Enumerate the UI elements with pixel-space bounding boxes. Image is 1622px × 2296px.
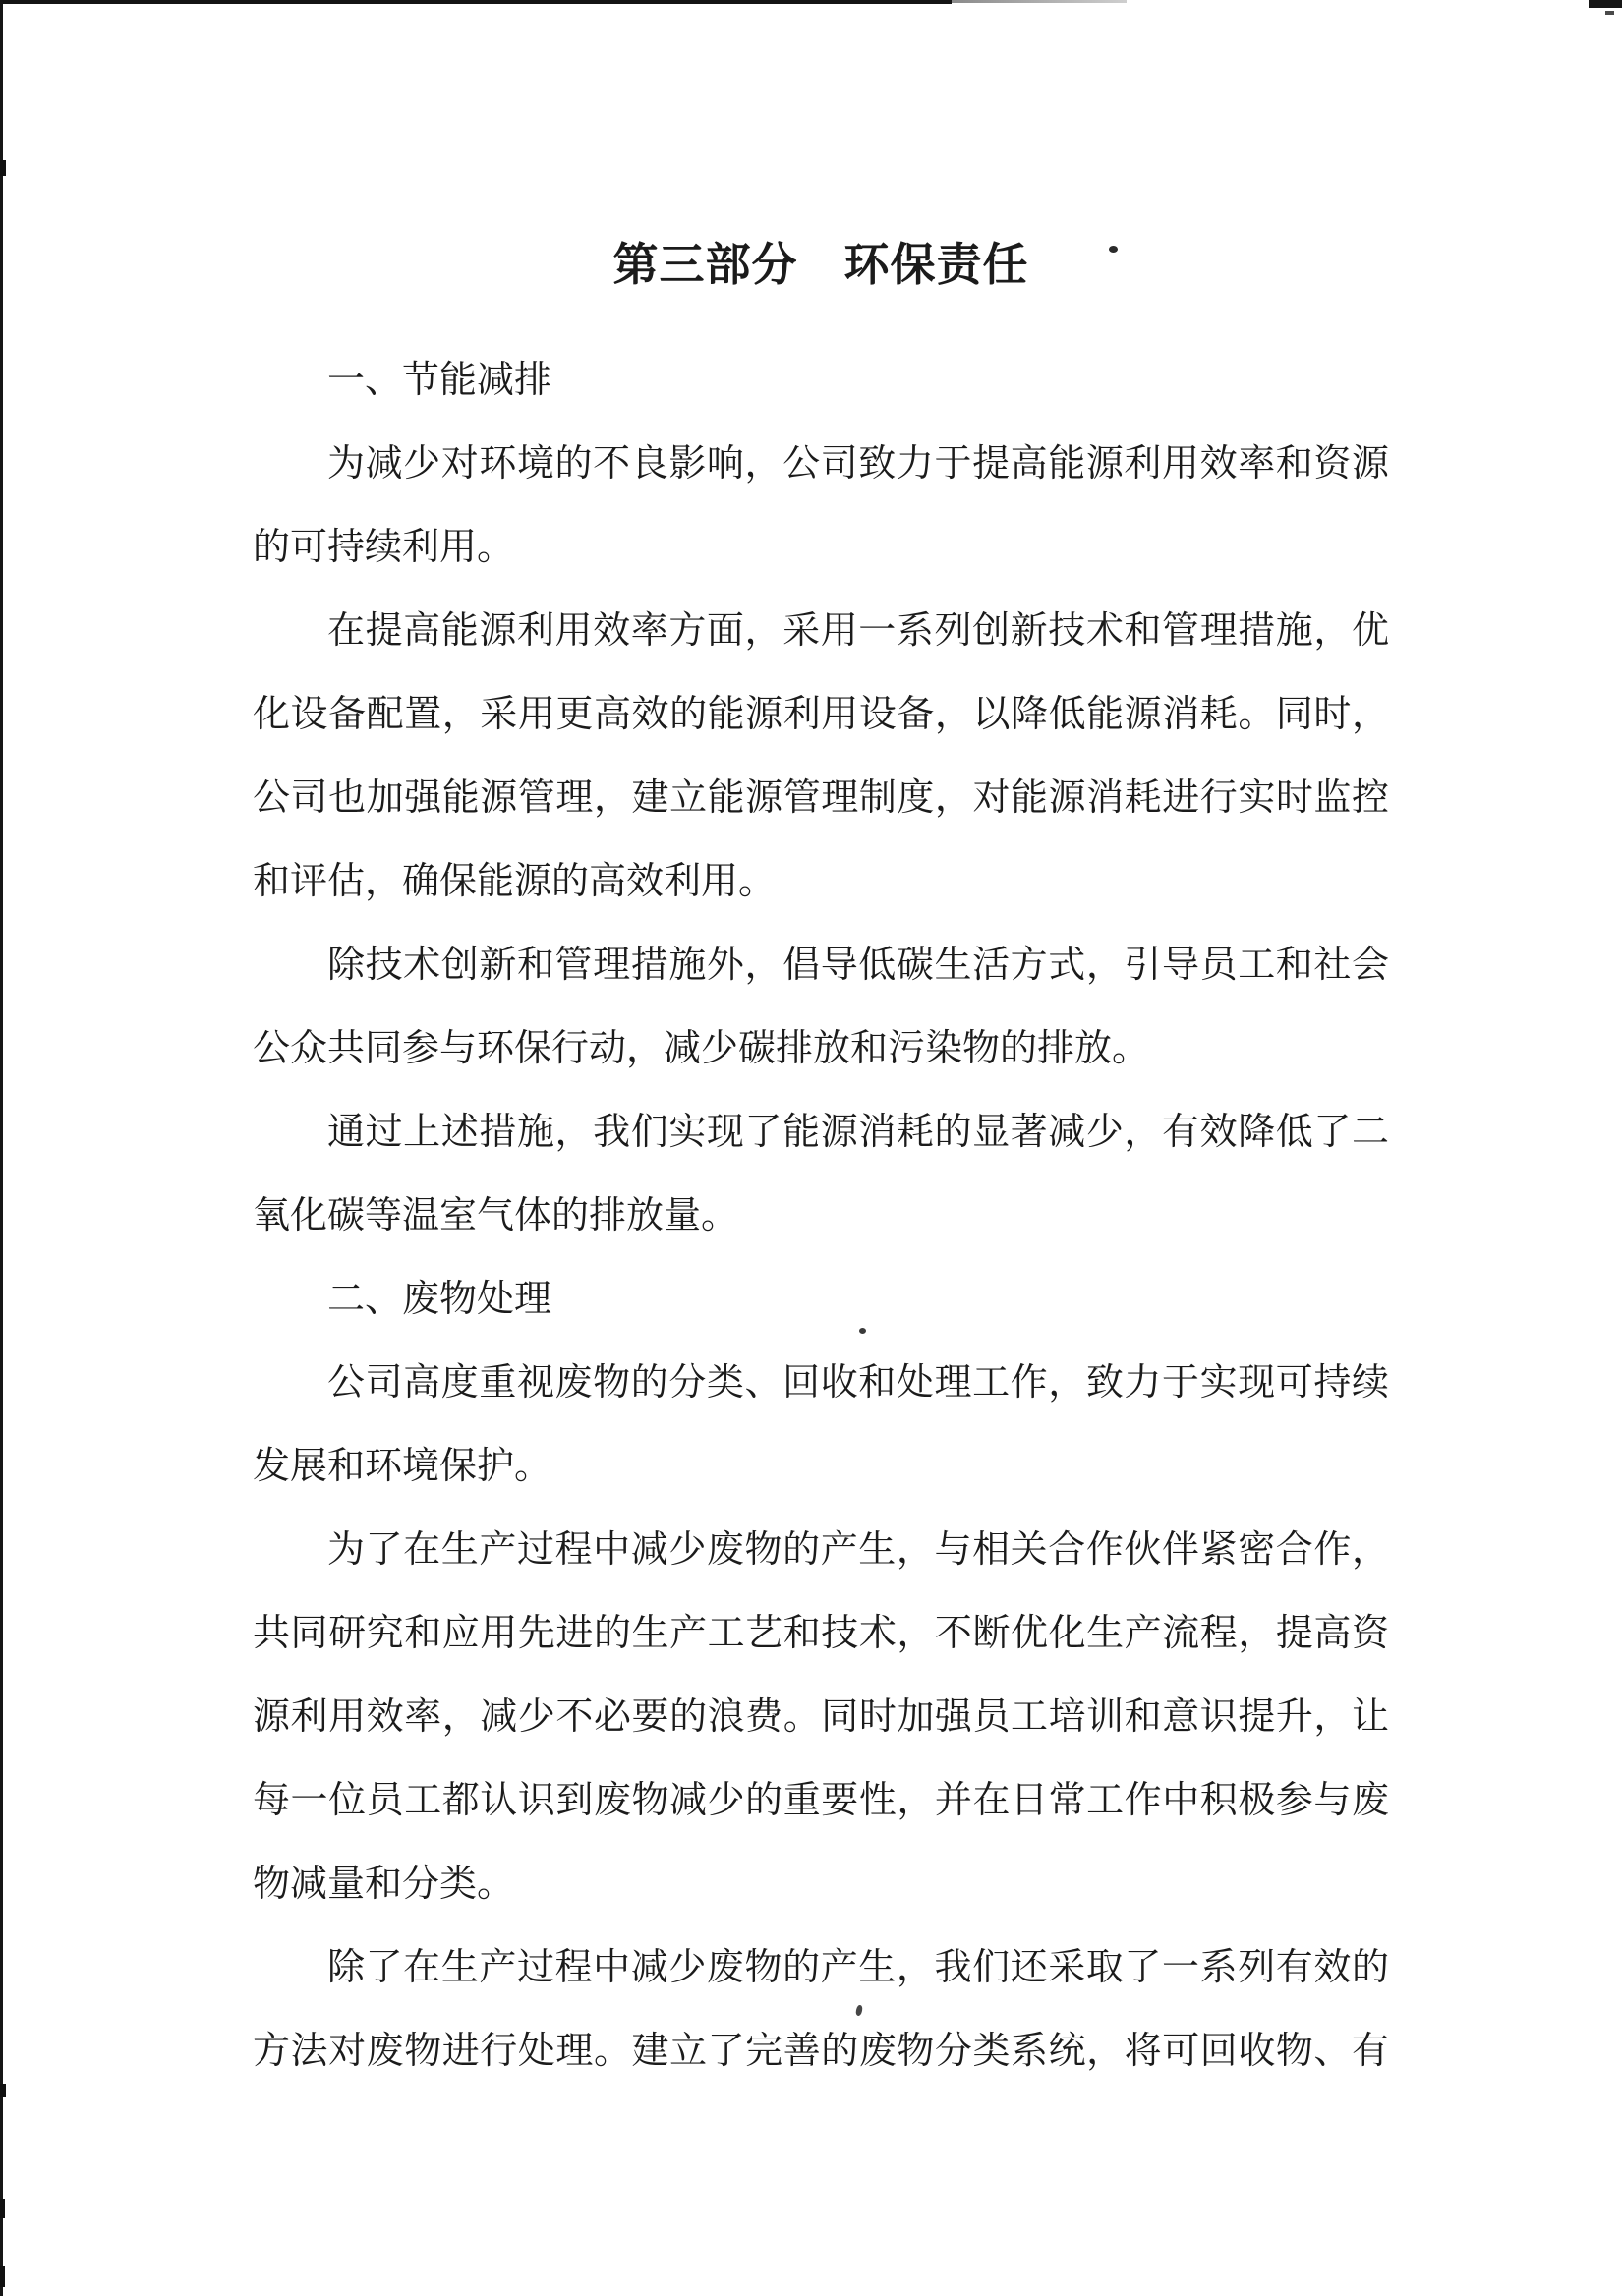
scan-artifact-left-notch bbox=[0, 160, 6, 176]
text-line: 为了在生产过程中减少废物的产生，与相关合作伙伴紧密合作， bbox=[253, 1509, 1389, 1592]
text-line: 发展和环境保护。 bbox=[253, 1425, 1389, 1509]
scanned-document-page: 第三部分 环保责任 一、节能减排 为减少对环境的不良影响，公司致力于提高能源利用… bbox=[0, 0, 1622, 2296]
text-line: 源利用效率，减少不必要的浪费。同时加强员工培训和意识提升，让 bbox=[253, 1676, 1389, 1759]
scan-artifact-top-edge-line bbox=[0, 0, 952, 4]
text-line: 为减少对环境的不良影响，公司致力于提高能源利用效率和资源 bbox=[253, 423, 1389, 506]
scan-artifact-top-right-speck bbox=[1605, 11, 1614, 15]
document-body: 一、节能减排 为减少对环境的不良影响，公司致力于提高能源利用效率和资源 的可持续… bbox=[253, 339, 1389, 2094]
scan-artifact-top-right-mark bbox=[1589, 0, 1622, 8]
scan-artifact-left-notch bbox=[0, 2266, 5, 2287]
text-line: 公司高度重视废物的分类、回收和处理工作，致力于实现可持续 bbox=[253, 1342, 1389, 1425]
scan-artifact-left-notch bbox=[0, 2199, 5, 2218]
text-line: 和评估，确保能源的高效利用。 bbox=[253, 840, 1389, 924]
text-line: 除了在生产过程中减少废物的产生，我们还采取了一系列有效的 bbox=[253, 1926, 1389, 2010]
text-line: 公众共同参与环保行动，减少碳排放和污染物的排放。 bbox=[253, 1007, 1389, 1091]
text-line: 的可持续利用。 bbox=[253, 506, 1389, 590]
section-heading: 二、废物处理 bbox=[253, 1258, 1389, 1342]
section-heading: 一、节能减排 bbox=[253, 339, 1389, 423]
text-line: 氧化碳等温室气体的排放量。 bbox=[253, 1175, 1389, 1258]
page-title: 第三部分 环保责任 bbox=[253, 231, 1389, 300]
text-line: 方法对废物进行处理。建立了完善的废物分类系统，将可回收物、有 bbox=[253, 2010, 1389, 2094]
text-line: 化设备配置，采用更高效的能源利用设备，以降低能源消耗。同时， bbox=[253, 673, 1389, 757]
text-line: 共同研究和应用先进的生产工艺和技术，不断优化生产流程，提高资 bbox=[253, 1592, 1389, 1676]
scan-artifact-top-edge-fade bbox=[952, 0, 1127, 3]
scan-artifact-left-notch bbox=[0, 2084, 6, 2097]
text-line: 公司也加强能源管理，建立能源管理制度，对能源消耗进行实时监控 bbox=[253, 757, 1389, 840]
text-line: 在提高能源利用效率方面，采用一系列创新技术和管理措施，优 bbox=[253, 590, 1389, 673]
text-line: 物减量和分类。 bbox=[253, 1843, 1389, 1926]
text-line: 除技术创新和管理措施外，倡导低碳生活方式，引导员工和社会 bbox=[253, 924, 1389, 1007]
text-line: 每一位员工都认识到废物减少的重要性，并在日常工作中积极参与废 bbox=[253, 1759, 1389, 1843]
scan-artifact-left-edge-line bbox=[0, 0, 3, 2296]
text-line: 通过上述措施，我们实现了能源消耗的显著减少，有效降低了二 bbox=[253, 1091, 1389, 1175]
